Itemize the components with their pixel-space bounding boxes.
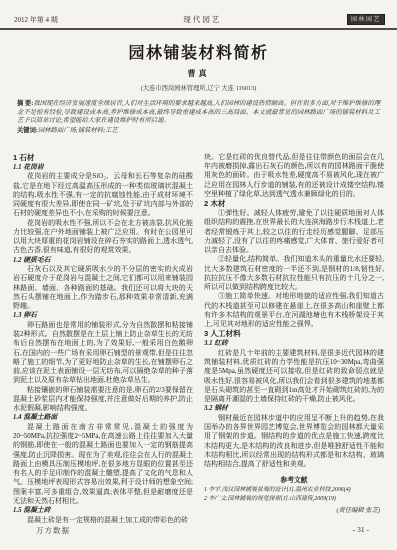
paragraph: 红砖是几十年前的主要建筑材料,是很多近代园林的建筑铺装材料,优质红砖的力学性能是… <box>204 349 384 405</box>
abstract-paragraph: 摘 要:我国现在经济发展速度全球居首,人们对生活环境的要求越来越高,人们园林的建… <box>17 100 380 126</box>
responsible-editor: (责任编辑 张芝) <box>204 506 384 515</box>
paragraph: ③施工简单快速。对地形地貌的适应性强,我们知道古代的木栈道甚至可以修建在悬崖上,… <box>204 292 384 329</box>
page-header: 2012 年第 4 期 现代园艺 园林园艺 <box>0 0 397 30</box>
subheading-red-brick: 3.1 红砖 <box>204 339 384 349</box>
journal-name: 现代园艺 <box>183 14 221 25</box>
keywords-text: 园林路面广场;铺装材料;工艺 <box>38 127 118 134</box>
subheading-concrete-pavement: 1.4 混凝土路面 <box>13 413 193 423</box>
article-title: 园林铺装材料简析 <box>0 40 397 63</box>
wanfang-watermark: 万方数据 <box>36 525 70 536</box>
reference-entry: 1 李宇.浅议园林铺装景观的设计[J].温州农业科技,2006(4) <box>204 486 384 494</box>
left-column: 1 石材 1.1 花岗岩 花岗岩的主要成分是SiO₂、云母和长石等复杂的硅酸盐,… <box>13 153 193 525</box>
paragraph: 粘接镶嵌的卵石铺装需要注意的是,卵石的2/3要保留在混凝土砂浆层内才能保持强度,… <box>13 386 193 414</box>
reference-entry: 2 李广文.园林铺装的视觉探索[J].山西建筑,2009(19) <box>204 495 384 503</box>
paragraph: 石灰石以及其它硬质吸水少的不分层的密实的火成岩岩石硬度介于花岗岩与混凝土之间,它… <box>13 265 193 311</box>
author-name: 曹真 <box>0 68 397 79</box>
section-heading-artificial: 3 人工材料 <box>204 329 384 339</box>
paragraph: 卵石路面也是常用的铺装形式,分为自然散摆和粘接铺装2种形式。自然散摆是在土层上铺… <box>13 321 193 386</box>
paragraph: 花岗岩的吸水性不强,所以不会在北方被冻裂,抗风化能力比较强,在户外地面铺装上被广… <box>13 219 193 256</box>
subheading-granite: 1.1 花岗岩 <box>13 163 193 173</box>
section-heading-stone: 1 石材 <box>13 153 193 163</box>
subheading-hard-rubble: 1.2 硬质毛石 <box>13 256 193 266</box>
article-body: 1 石材 1.1 花岗岩 花岗岩的主要成分是SiO₂、云母和长石等复杂的硅酸盐,… <box>0 153 397 525</box>
paragraph: 混凝土路面在南方非常常见,混凝土的强度为20~50MPa,抗拉强度2~5MPa,… <box>13 423 193 506</box>
subheading-pebble: 1.3 卵石 <box>13 311 193 321</box>
paragraph: ①弹性好。减轻人体疲劳,避免了以往硬质地面对人体组织结构的震挫,在世界最长的大连… <box>204 209 384 255</box>
issue-label: 2012 年第 4 期 <box>14 15 58 25</box>
keywords-label: 关键词: <box>17 127 38 134</box>
paragraph: 混凝土砖是有一定规格的混凝土加工成的带彩色的砖 <box>13 516 193 525</box>
keywords-line: 关键词:园林路面广场;铺装材料;工艺 <box>17 127 380 136</box>
paragraph: 花岗岩的主要成分是SiO₂、云母和长石等复杂的硅酸盐,它是在地下经过高温高压形成… <box>13 172 193 218</box>
subheading-concrete-brick: 1.5 混凝土砖 <box>13 506 193 516</box>
paragraph-continuation: 块。它是红砖的优良替代品,但是往往带颜色的面层会在几年内被磨损掉,露出石灰石的颜… <box>204 153 384 199</box>
abstract-text: 我国现在经济发展速度全球居首,人们对生活环境的要求越来越高,人们园林的建设热情颇… <box>17 100 380 124</box>
abstract-label: 摘 要: <box>17 100 33 107</box>
references-title: 参考文献 <box>204 476 384 486</box>
paragraph: 钢材最近在园林步道中的应用呈不断上升的趋势,在我国举办的各界世界园艺博览会,世界… <box>204 414 384 470</box>
right-column: 块。它是红砖的优良替代品,但是往往带颜色的面层会在几年内被磨损掉,露出石灰石的颜… <box>204 153 384 525</box>
section-heading-wood: 2 木材 <box>204 199 384 209</box>
scanned-article-page: 2012 年第 4 期 现代园艺 园林园艺 园林铺装材料简析 曹真 (大连市西岗… <box>0 0 397 550</box>
paragraph: ②轻量化,结构简单。我们知道木头的重量比水还要轻,比大多数建筑石材密度的一半还不… <box>204 255 384 292</box>
column-badge: 园林园艺 <box>347 14 385 25</box>
page-number: - 31 - <box>353 525 369 534</box>
subheading-steel: 3.2 钢材 <box>204 404 384 414</box>
author-affiliation: (大连市西岗园林管理所,辽宁 大连 116013) <box>0 83 397 92</box>
